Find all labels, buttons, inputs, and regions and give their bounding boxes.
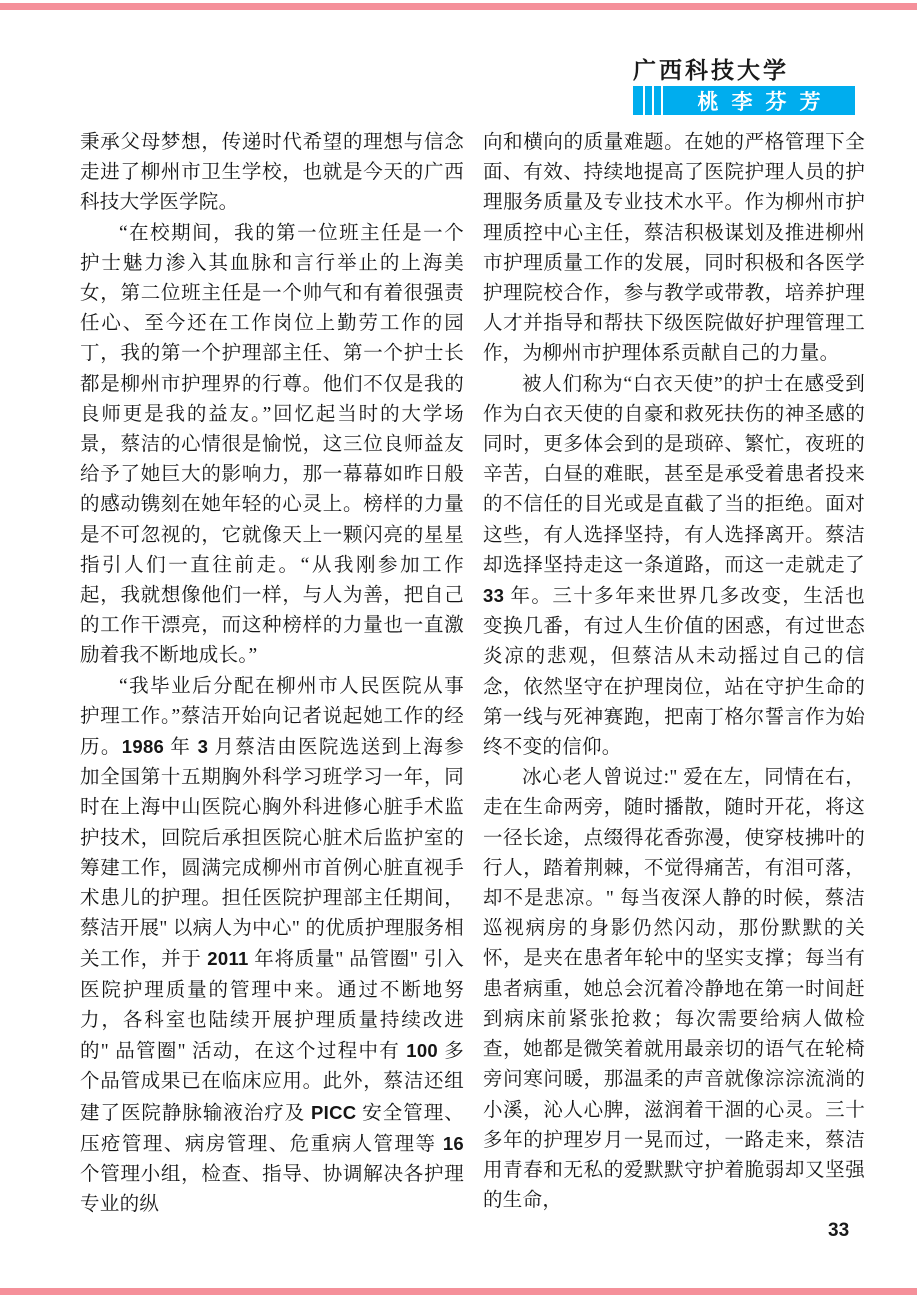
banner-stripe [654, 86, 661, 115]
paragraph: 向和横向的质量难题。在她的严格管理下全面、有效、持续地提高了医院护理人员的护理服… [483, 128, 865, 370]
paragraph: 冰心老人曾说过:" 爱在左，同情在右，走在生命两旁，随时播散，随时开花，将这一径… [483, 763, 865, 1216]
text-run: 冰心老人曾说过:" 爱在左，同情在右，走在生命两旁，随时播散，随时开花，将这一径… [483, 767, 865, 1211]
bold-figure: PICC [311, 1102, 356, 1123]
text-run: 月蔡洁由医院选送到上海参加全国第十五期胸外科学习班学习一年，同时在上海中山医院心… [80, 737, 464, 970]
text-run: 秉承父母梦想，传递时代希望的理想与信念走进了柳州市卫生学校，也就是今天的广西科技… [80, 132, 464, 213]
page-number: 33 [828, 1220, 849, 1242]
paragraph: 秉承父母梦想，传递时代希望的理想与信念走进了柳州市卫生学校，也就是今天的广西科技… [80, 128, 464, 219]
bold-figure: 1986 [122, 736, 164, 757]
paragraph: “在校期间，我的第一位班主任是一个护士魅力渗入其血脉和言行举止的上海美女，第二位… [80, 219, 464, 672]
bottom-accent-bar [0, 1288, 917, 1295]
bold-figure: 100 [406, 1040, 438, 1061]
magazine-page: 广西科技大学 桃李芬芳 秉承父母梦想，传递时代希望的理想与信念走进了柳州市卫生学… [0, 0, 917, 1300]
bold-figure: 2011 [207, 948, 248, 969]
paragraph: “我毕业后分配在柳州市人民医院从事护理工作。”蔡洁开始向记者说起她工作的经历。1… [80, 672, 464, 1221]
bold-figure: 33 [483, 585, 504, 606]
university-name: 广西科技大学 [633, 52, 863, 85]
top-accent-bar [0, 3, 917, 10]
paragraph: 被人们称为“白衣天使”的护士在感受到作为白衣天使的自豪和救死扶伤的神圣感的同时，… [483, 370, 865, 764]
text-run: 向和横向的质量难题。在她的严格管理下全面、有效、持续地提高了医院护理人员的护理服… [483, 132, 865, 364]
section-title: 桃李芬芳 [698, 86, 834, 116]
bold-figure: 16 [443, 1133, 464, 1154]
text-run: 被人们称为“白衣天使”的护士在感受到作为白衣天使的自豪和救死扶伤的神圣感的同时，… [483, 374, 865, 576]
bold-figure: 3 [198, 736, 209, 757]
text-column-right: 向和横向的质量难题。在她的严格管理下全面、有效、持续地提高了医院护理人员的护理服… [483, 128, 865, 1216]
banner-stripe [633, 86, 643, 115]
section-banner: 桃李芬芳 [633, 86, 855, 115]
text-run: 年 [164, 737, 197, 758]
section-title-banner: 桃李芬芳 [663, 86, 855, 115]
text-run: 个管理小组，检查、指导、协调解决各护理专业的纵 [80, 1164, 464, 1215]
banner-stripe [645, 86, 652, 115]
text-run: “在校期间，我的第一位班主任是一个护士魅力渗入其血脉和言行举止的上海美女，第二位… [80, 223, 464, 667]
text-run: 年。三十多年来世界几多改变，生活也变换几番，有过人生价值的困惑，有过世态炎凉的悲… [483, 586, 865, 758]
text-column-left: 秉承父母梦想，传递时代希望的理想与信念走进了柳州市卫生学校，也就是今天的广西科技… [80, 128, 464, 1220]
